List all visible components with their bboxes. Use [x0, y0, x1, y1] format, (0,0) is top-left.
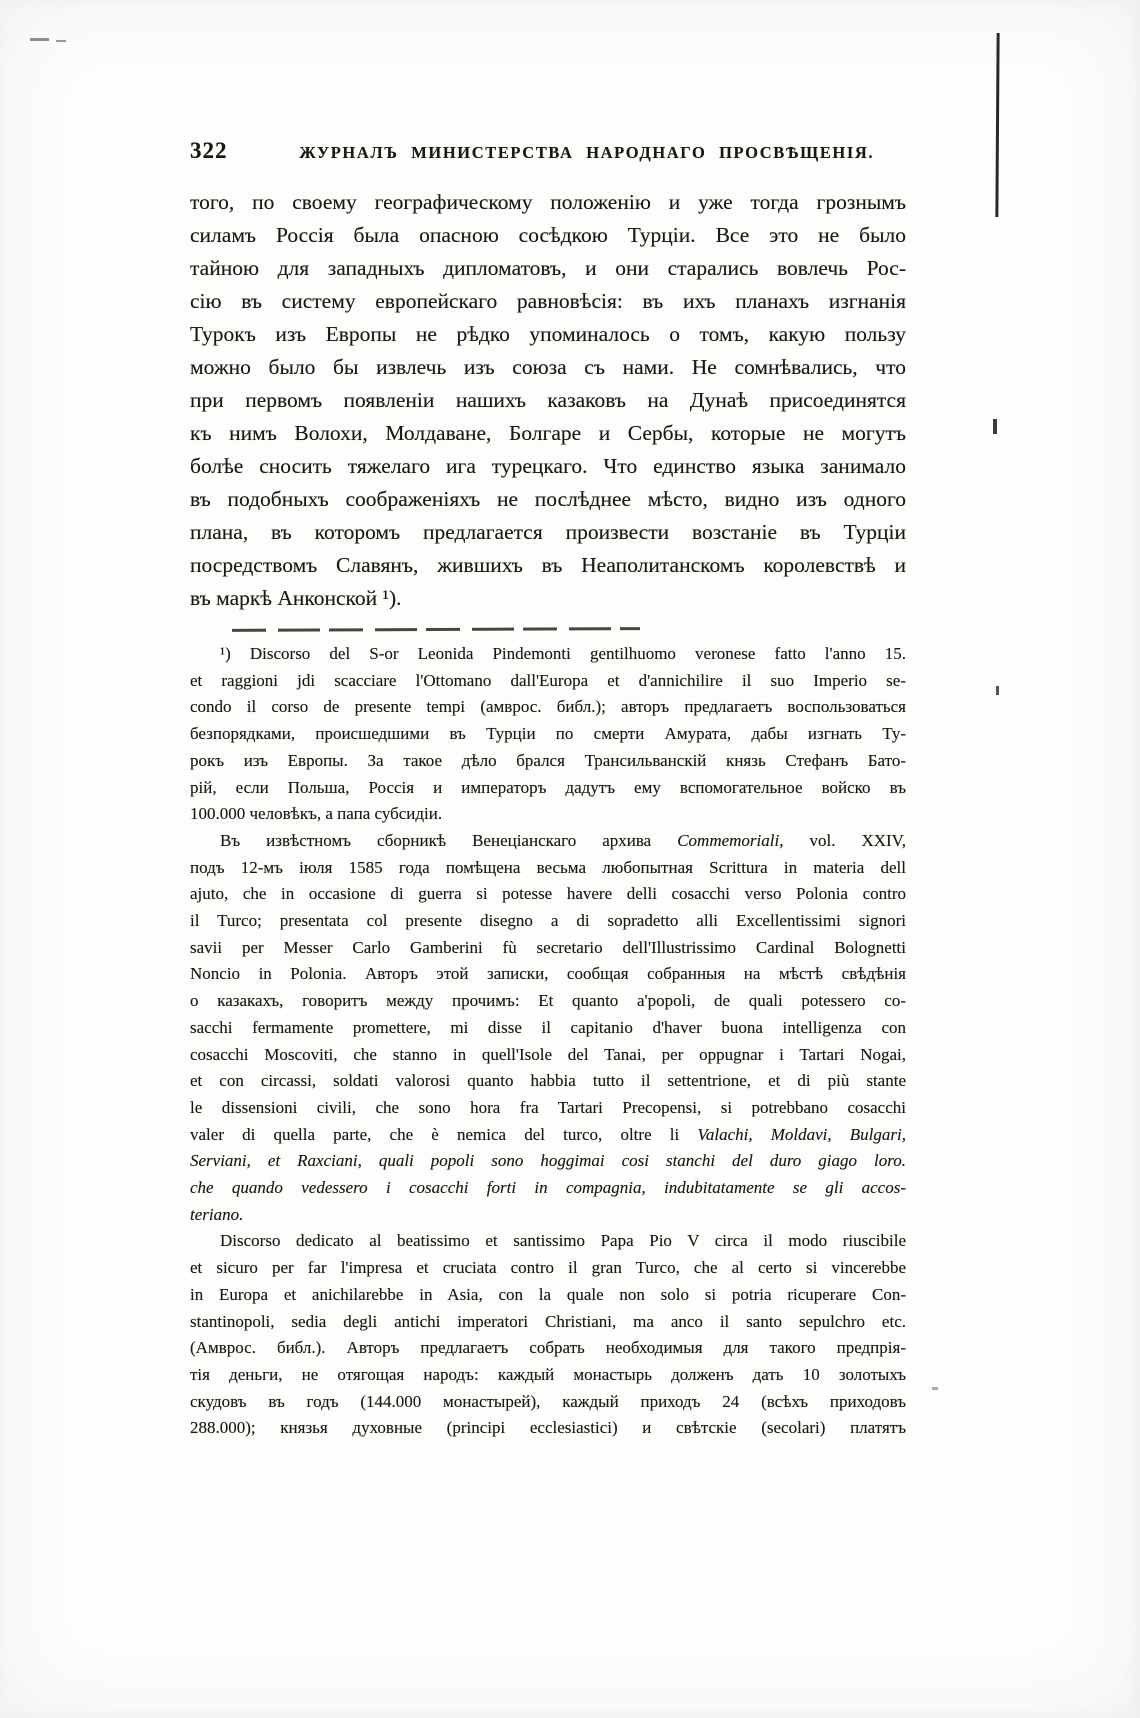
- text-line: valer di quella parte, che è nemica del …: [190, 1122, 906, 1149]
- text-segment: ajuto, che in occasione di guerra si pot…: [190, 884, 906, 903]
- scan-artifact-dash: [30, 38, 49, 41]
- text-line: тія деньги, не отягощая народъ: каждый м…: [190, 1362, 906, 1389]
- text-segment: того, по своему географическому положені…: [190, 190, 906, 214]
- text-line: et raggioni jdi scacciare l'Ottomano dal…: [190, 668, 906, 695]
- text-segment: cosacchi Moscoviti, che stanno in quell'…: [190, 1045, 906, 1064]
- text-segment: in Europa et anichilarebbe in Asia, con …: [190, 1285, 906, 1304]
- footnote-text: ¹) Discorso del S-or Leonida Pindemonti …: [190, 641, 906, 1442]
- text-segment: il Turco; presentata col presente disegn…: [190, 911, 906, 930]
- text-line: силамъ Россія была опасною сосѣдкою Турц…: [190, 219, 906, 252]
- page-header: 322 ЖУРНАЛЪ МИНИСТЕРСТВА НАРОДНАГО ПРОСВ…: [190, 138, 906, 168]
- scan-artifact-edge-dot: [996, 686, 999, 695]
- text-segment: рокъ изъ Европы. За такое дѣло брался Тр…: [190, 751, 906, 770]
- running-title: ЖУРНАЛЪ МИНИСТЕРСТВА НАРОДНАГО ПРОСВѢЩЕН…: [228, 143, 907, 163]
- text-segment: valer di quella parte, che è nemica del …: [190, 1125, 697, 1144]
- text-segment: болѣе сносить тяжелаго ига турецкаго. Чт…: [190, 454, 906, 478]
- text-segment: въ подобныхъ соображеніяхъ не послѣднее …: [190, 487, 906, 511]
- text-line: savii per Messer Carlo Gamberini fù secr…: [190, 935, 906, 962]
- text-segment: при первомъ появленіи нашихъ казаковъ на…: [190, 388, 906, 412]
- text-segment: Discorso dedicato al beatissimo et santi…: [220, 1231, 906, 1250]
- text-line: Serviani, et Raxciani, quali popoli sono…: [190, 1148, 906, 1175]
- text-segment: безпорядками, происшедшими въ Турціи по …: [190, 724, 906, 743]
- text-line: Турокъ изъ Европы не рѣдко упоминалось о…: [190, 318, 906, 351]
- text-line: ajuto, che in occasione di guerra si pot…: [190, 881, 906, 908]
- text-line: 288.000); князья духовные (principi eccl…: [190, 1415, 906, 1442]
- text-segment: 100.000 человѣкъ, а папа субсидіи.: [190, 804, 442, 823]
- text-line: болѣе сносить тяжелаго ига турецкаго. Чт…: [190, 450, 906, 483]
- text-segment: 288.000); князья духовные (principi eccl…: [190, 1418, 906, 1437]
- text-segment: скудовъ въ годъ (144.000 монастырей), ка…: [190, 1392, 906, 1411]
- footnote-separator-rule: [232, 627, 640, 632]
- scan-artifact-edge-mark: [993, 419, 997, 434]
- text-segment: et sicuro per far l'impresa et cruciata …: [190, 1258, 906, 1277]
- scanned-page: 322 ЖУРНАЛЪ МИНИСТЕРСТВА НАРОДНАГО ПРОСВ…: [0, 0, 1140, 1718]
- text-line: о казакахъ, говоритъ между прочимъ: Et q…: [190, 988, 906, 1015]
- text-line: che quando vedessero i cosacchi forti in…: [190, 1175, 906, 1202]
- text-segment: , vol. XXIV,: [779, 831, 906, 850]
- text-line: въ подобныхъ соображеніяхъ не послѣднее …: [190, 483, 906, 516]
- text-segment: (Амврос. библ.). Авторъ предлагаетъ собр…: [190, 1338, 906, 1357]
- text-segment: тайною для западныхъ дипломатовъ, и они …: [190, 256, 906, 280]
- text-segment: къ нимъ Волохи, Молдаване, Болгаре и Сер…: [190, 421, 906, 445]
- text-line: ¹) Discorso del S-or Leonida Pindemonti …: [190, 641, 906, 668]
- text-line: in Europa et anichilarebbe in Asia, con …: [190, 1282, 906, 1309]
- text-segment: силамъ Россія была опасною сосѣдкою Турц…: [190, 223, 906, 247]
- scan-artifact-edge-line: [995, 33, 999, 217]
- text-line: condo il corso de presente tempi (амврос…: [190, 694, 906, 721]
- text-segment: въ маркѣ Анконской ¹).: [190, 586, 402, 610]
- text-segment: Noncio in Polonia. Авторъ этой записки, …: [190, 964, 906, 983]
- text-segment: et con circassi, soldati valorosi quanto…: [190, 1071, 906, 1090]
- text-line: посредствомъ Славянъ, жившихъ въ Неаполи…: [190, 549, 906, 582]
- text-segment: le dissensioni civili, che sono hora fra…: [190, 1098, 906, 1117]
- text-segment: stantinopoli, sedia degli antichi impera…: [190, 1312, 906, 1331]
- text-line: рокъ изъ Европы. За такое дѣло брался Тр…: [190, 748, 906, 775]
- text-segment: Commemoriali: [677, 831, 779, 850]
- text-line: sacchi fermamente promettere, mi disse i…: [190, 1015, 906, 1042]
- text-line: teriano.: [190, 1202, 906, 1229]
- page-number: 322: [190, 138, 228, 164]
- text-line: того, по своему географическому положені…: [190, 186, 906, 219]
- text-segment: сію въ систему европейскаго равновѣсія: …: [190, 289, 906, 313]
- text-line: stantinopoli, sedia degli antichi impera…: [190, 1309, 906, 1336]
- text-segment: et raggioni jdi scacciare l'Ottomano dal…: [190, 671, 906, 690]
- text-segment: ¹) Discorso del S-or Leonida Pindemonti …: [220, 644, 906, 663]
- text-line: cosacchi Moscoviti, che stanno in quell'…: [190, 1042, 906, 1069]
- text-segment: посредствомъ Славянъ, жившихъ въ Неаполи…: [190, 553, 906, 577]
- text-segment: che quando vedessero i cosacchi forti in…: [190, 1178, 906, 1197]
- text-line: et sicuro per far l'impresa et cruciata …: [190, 1255, 906, 1282]
- text-segment: Въ извѣстномъ сборникѣ Венеціанскаго арх…: [220, 831, 677, 850]
- text-segment: подъ 12-мъ іюля 1585 года помѣщена весьм…: [190, 858, 906, 877]
- text-line: (Амврос. библ.). Авторъ предлагаетъ собр…: [190, 1335, 906, 1362]
- text-line: плана, въ которомъ предлагается произвес…: [190, 516, 906, 549]
- text-line: въ маркѣ Анконской ¹).: [190, 582, 906, 615]
- text-line: скудовъ въ годъ (144.000 монастырей), ка…: [190, 1389, 906, 1416]
- text-segment: Valachi, Moldavi, Bulgari,: [697, 1125, 906, 1144]
- text-segment: savii per Messer Carlo Gamberini fù secr…: [190, 938, 906, 957]
- text-line: le dissensioni civili, che sono hora fra…: [190, 1095, 906, 1122]
- text-line: рій, если Польша, Россія и императоръ да…: [190, 775, 906, 802]
- text-segment: можно было бы извлечь изъ союза съ нами.…: [190, 355, 906, 379]
- text-segment: teriano.: [190, 1205, 243, 1224]
- text-line: при первомъ появленіи нашихъ казаковъ на…: [190, 384, 906, 417]
- text-line: можно было бы извлечь изъ союза съ нами.…: [190, 351, 906, 384]
- text-line: сію въ систему европейскаго равновѣсія: …: [190, 285, 906, 318]
- main-text: того, по своему географическому положені…: [190, 186, 906, 615]
- text-segment: рій, если Польша, Россія и императоръ да…: [190, 778, 906, 797]
- text-line: 100.000 человѣкъ, а папа субсидіи.: [190, 801, 906, 828]
- text-line: безпорядками, происшедшими въ Турціи по …: [190, 721, 906, 748]
- text-line: il Turco; presentata col presente disegn…: [190, 908, 906, 935]
- text-line: къ нимъ Волохи, Молдаване, Болгаре и Сер…: [190, 417, 906, 450]
- text-column: 322 ЖУРНАЛЪ МИНИСТЕРСТВА НАРОДНАГО ПРОСВ…: [190, 138, 906, 1442]
- text-segment: condo il corso de presente tempi (амврос…: [190, 697, 906, 716]
- text-line: тайною для западныхъ дипломатовъ, и они …: [190, 252, 906, 285]
- text-line: подъ 12-мъ іюля 1585 года помѣщена весьм…: [190, 855, 906, 882]
- scan-artifact-dash: [56, 40, 66, 42]
- text-segment: тія деньги, не отягощая народъ: каждый м…: [190, 1365, 906, 1384]
- text-segment: Турокъ изъ Европы не рѣдко упоминалось о…: [190, 322, 906, 346]
- scan-artifact-speck: [932, 1387, 938, 1390]
- text-line: Discorso dedicato al beatissimo et santi…: [190, 1228, 906, 1255]
- text-line: Noncio in Polonia. Авторъ этой записки, …: [190, 961, 906, 988]
- text-segment: Serviani, et Raxciani, quali popoli sono…: [190, 1151, 906, 1170]
- text-segment: о казакахъ, говоритъ между прочимъ: Et q…: [190, 991, 906, 1010]
- text-line: et con circassi, soldati valorosi quanto…: [190, 1068, 906, 1095]
- text-segment: плана, въ которомъ предлагается произвес…: [190, 520, 906, 544]
- text-line: Въ извѣстномъ сборникѣ Венеціанскаго арх…: [190, 828, 906, 855]
- text-segment: sacchi fermamente promettere, mi disse i…: [190, 1018, 906, 1037]
